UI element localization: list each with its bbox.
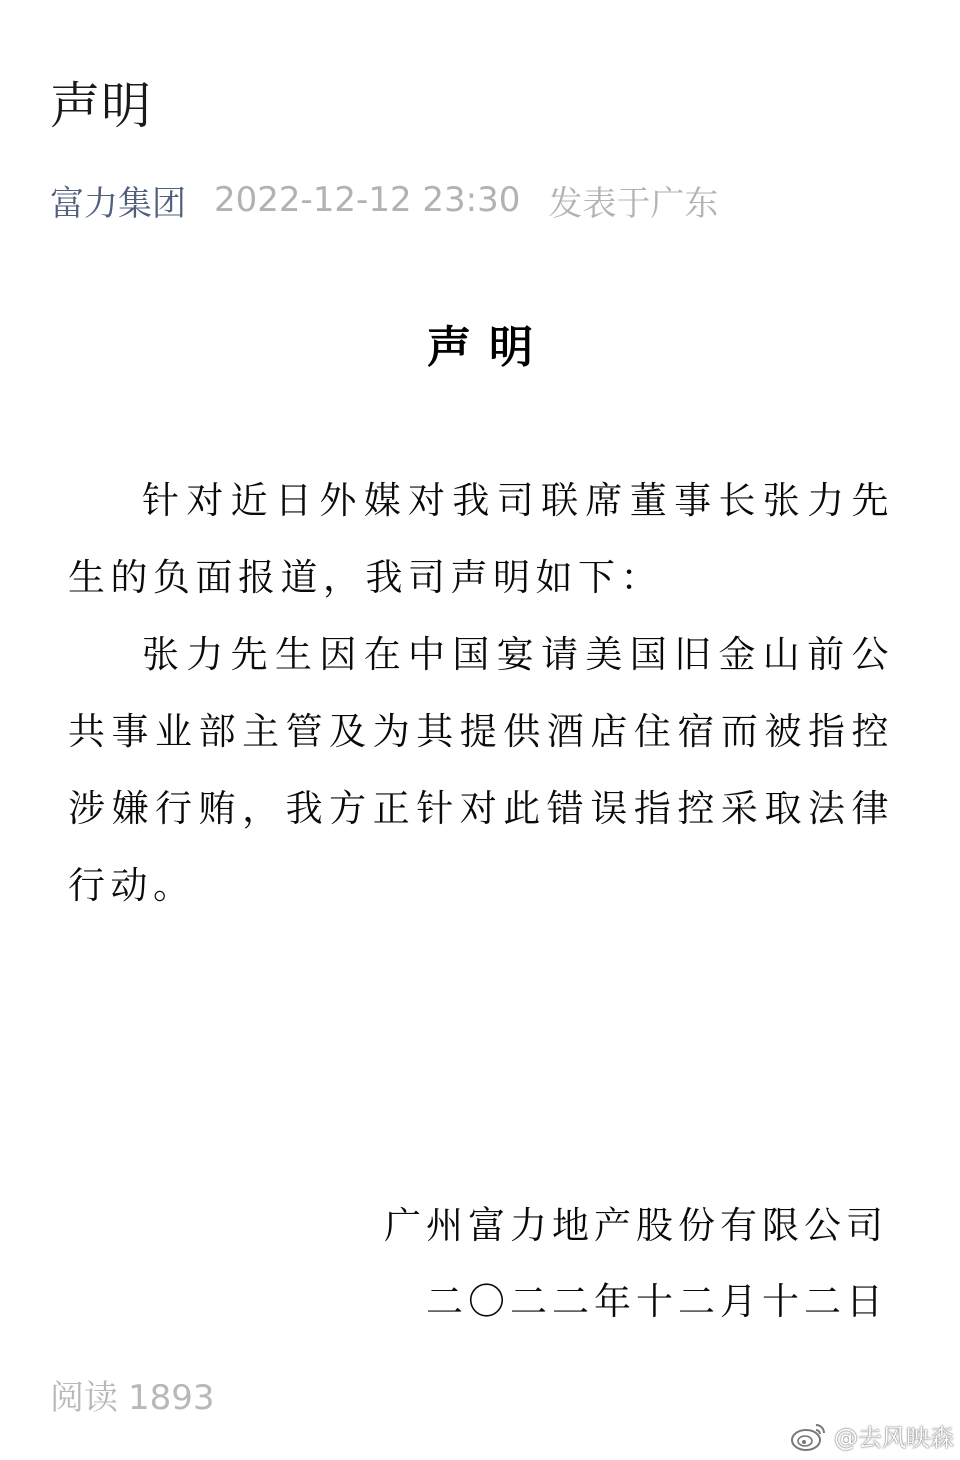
publish-time: 2022-12-12 23:30: [214, 180, 520, 220]
paragraph: 张力先生因在中国宴请美国旧金山前公共事业部主管及为其提供酒店住宿而被指控涉嫌行贿…: [68, 616, 894, 924]
watermark: @去风映森: [790, 1418, 954, 1453]
publish-location: 发表于广东: [548, 176, 718, 225]
read-count: 阅读 1893: [50, 1376, 215, 1420]
signature-date: 二〇二二年十二月十二日: [384, 1264, 888, 1340]
signature-company: 广州富力地产股份有限公司: [384, 1188, 888, 1264]
read-label: 阅读: [50, 1376, 118, 1420]
document-body: 针对近日外媒对我司联席董事长张力先生的负面报道，我司声明如下： 张力先生因在中国…: [68, 462, 894, 924]
page-title: 声明: [50, 74, 152, 138]
document-heading: 声明: [0, 318, 960, 378]
read-number: 1893: [128, 1376, 215, 1420]
weibo-icon: [790, 1419, 830, 1453]
paragraph: 针对近日外媒对我司联席董事长张力先生的负面报道，我司声明如下：: [68, 462, 894, 616]
article-meta: 富力集团 2022-12-12 23:30 发表于广东: [50, 178, 718, 222]
author-link[interactable]: 富力集团: [50, 176, 186, 225]
document-signature: 广州富力地产股份有限公司 二〇二二年十二月十二日: [384, 1188, 888, 1340]
watermark-text: @去风映森: [834, 1418, 954, 1453]
